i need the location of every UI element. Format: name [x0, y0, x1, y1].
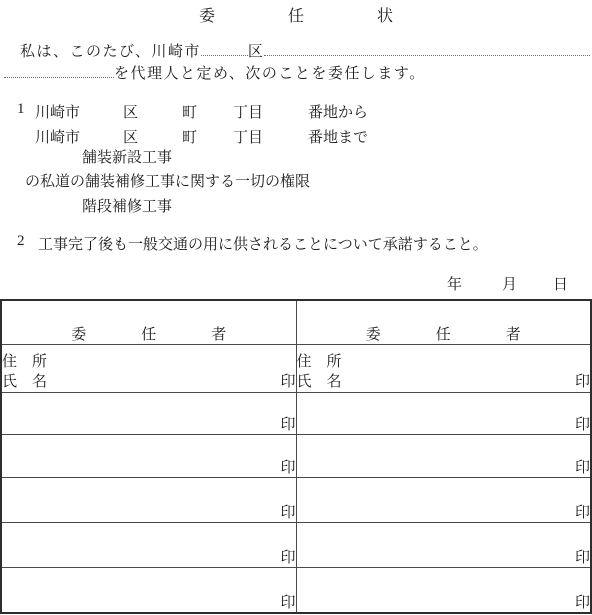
signature-cell: 印 — [296, 567, 591, 613]
principal-signature-table: 委 任 者 委 任 者 住 所 氏名 — [0, 299, 592, 614]
address-label: 所 — [327, 352, 342, 372]
title-char-2: 任 — [288, 3, 304, 26]
seal-label: 印 — [575, 417, 590, 433]
chome-label-from: 丁目 — [233, 101, 263, 122]
address-blank-field — [264, 54, 590, 56]
principal-info-cell: 住 所 氏名 印 — [296, 344, 591, 392]
seal-label: 印 — [575, 595, 590, 611]
item1-number: 1 — [17, 101, 25, 118]
seal-label: 印 — [575, 505, 590, 521]
power-of-attorney-document: 委 任 状 私は、このたび、川崎市 区 を代理人と定め、次のことを委任します。 … — [0, 0, 592, 615]
header-char: 任 — [436, 323, 451, 344]
item2-number: 2 — [17, 233, 25, 250]
seal-label: 印 — [280, 595, 295, 611]
seal-label: 印 — [280, 417, 295, 433]
name-label: 名 — [327, 372, 342, 392]
table-row: 印 印 — [1, 392, 591, 434]
table-row: 印 印 — [1, 434, 591, 477]
signature-cell: 印 — [1, 434, 296, 477]
title-char-3: 状 — [377, 3, 393, 26]
town-label-from: 町 — [182, 101, 197, 122]
scope-of-authority-line: の私道の舗装補修工事に関する一切の権限 — [25, 170, 310, 191]
work-type-new-paving: 舗装新設工事 — [82, 146, 172, 167]
table-row: 住 所 氏名 印 住 所 氏名 印 — [1, 344, 591, 392]
seal-label: 印 — [280, 550, 295, 566]
address-label: 住 — [297, 352, 312, 372]
signature-cell: 印 — [296, 392, 591, 434]
header-char: 任 — [141, 323, 156, 344]
header-char: 委 — [366, 323, 381, 344]
principal-header-right: 委 任 者 — [296, 300, 591, 344]
header-char: 者 — [506, 323, 521, 344]
seal-label: 印 — [575, 460, 590, 476]
chome-label-to: 丁目 — [233, 126, 263, 147]
address-label: 住 — [2, 352, 17, 372]
principal-header-left: 委 任 者 — [1, 300, 296, 344]
ward-blank-field — [201, 54, 248, 56]
table-row: 印 印 — [1, 567, 591, 613]
signature-cell: 印 — [1, 567, 296, 613]
ward-label-from: 区 — [123, 101, 138, 122]
item2-text: 工事完了後も一般交通の用に供されることについて承諾すること。 — [38, 233, 488, 254]
seal-label: 印 — [280, 505, 295, 521]
name-label: 氏 — [297, 374, 312, 390]
ward-label-to: 区 — [123, 126, 138, 147]
banchi-from-label: 番地から — [308, 101, 368, 122]
address-label: 所 — [32, 352, 47, 372]
name-label-line: 氏名 印 — [2, 372, 296, 392]
name-label: 氏 — [2, 374, 17, 390]
name-label: 名 — [32, 372, 47, 392]
document-title: 委 任 状 — [0, 3, 592, 26]
signature-cell: 印 — [296, 434, 591, 477]
header-char: 者 — [211, 323, 226, 344]
table-row: 印 印 — [1, 522, 591, 567]
seal-label: 印 — [280, 372, 295, 392]
agent-name-blank-field — [4, 76, 114, 78]
city-label-from: 川崎市 — [35, 101, 80, 122]
seal-label: 印 — [280, 460, 295, 476]
seal-label: 印 — [575, 372, 590, 392]
intro-line-2: を代理人と定め、次のことを委任します。 — [4, 62, 426, 83]
town-label-to: 町 — [182, 126, 197, 147]
signature-cell: 印 — [1, 392, 296, 434]
principal-info-cell: 住 所 氏名 印 — [1, 344, 296, 392]
signature-cell: 印 — [296, 522, 591, 567]
table-row: 印 印 — [1, 477, 591, 522]
city-label-to: 川崎市 — [35, 126, 80, 147]
work-type-stair-repair: 階段補修工事 — [82, 195, 172, 216]
intro-text-1: 私は、このたび、川崎市 — [20, 40, 201, 61]
banchi-to-label: 番地まで — [308, 126, 368, 147]
signature-cell: 印 — [1, 477, 296, 522]
ward-label: 区 — [248, 40, 265, 61]
intro-line-1: 私は、このたび、川崎市 区 — [20, 40, 590, 61]
signature-cell: 印 — [296, 477, 591, 522]
header-char: 委 — [71, 323, 86, 344]
address-label-line: 住 所 — [297, 352, 591, 372]
name-label-line: 氏名 印 — [297, 372, 591, 392]
seal-label: 印 — [575, 550, 590, 566]
intro-text-2: を代理人と定め、次のことを委任します。 — [114, 62, 426, 83]
address-label-line: 住 所 — [2, 352, 296, 372]
date-month-label: 月 — [502, 273, 517, 294]
signature-cell: 印 — [1, 522, 296, 567]
table-header-row: 委 任 者 委 任 者 — [1, 300, 591, 344]
date-day-label: 日 — [553, 273, 568, 294]
date-year-label: 年 — [447, 273, 462, 294]
title-char-1: 委 — [199, 3, 215, 26]
